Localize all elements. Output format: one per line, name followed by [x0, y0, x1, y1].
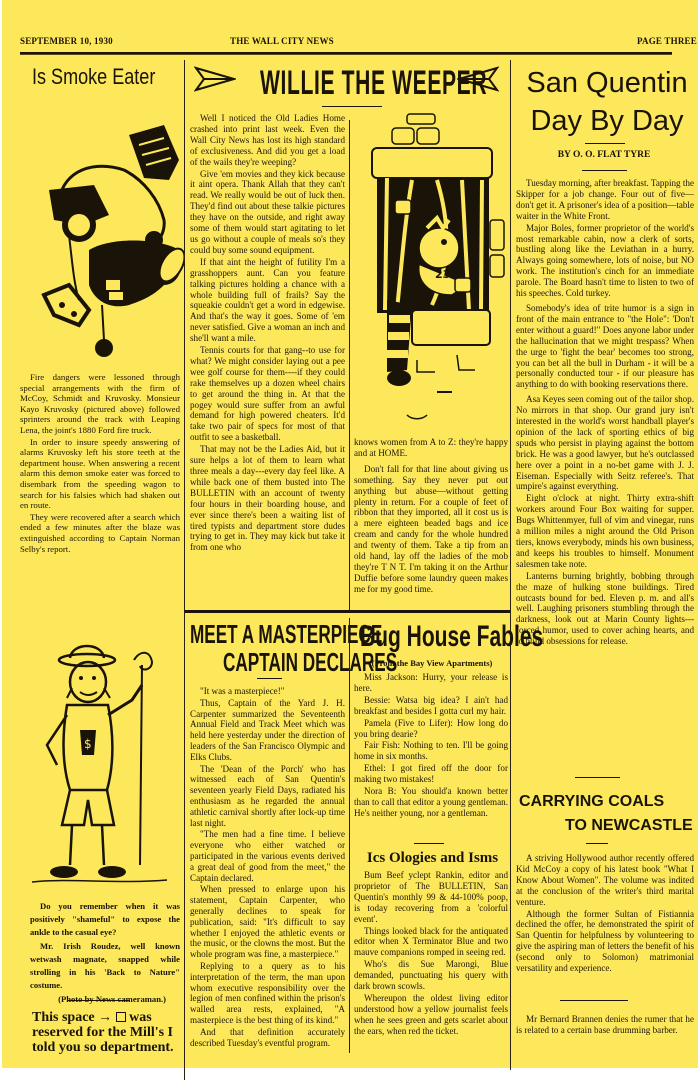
divider-rule	[575, 777, 620, 778]
article-paragraph: Whereupon the oldest living editor under…	[354, 993, 508, 1037]
masthead: SEPTEMBER 10, 1930 THE WALL CITY NEWS PA…	[20, 36, 502, 50]
willie-headline: WILLIE THE WEEPER	[260, 64, 487, 103]
brannen-item: Mr Bernard Brannen denies the rumer that…	[516, 1014, 694, 1037]
article-paragraph: Mr Bernard Brannen denies the rumer that…	[516, 1014, 694, 1036]
smoke-eater-article: Fire dangers were lessoned through speci…	[20, 372, 180, 555]
reserved-space-note: This space → was reserved for the Mill's…	[32, 1010, 182, 1055]
column-divider	[349, 618, 350, 1053]
article-paragraph: If that aint the height of futility I'm …	[190, 257, 345, 344]
bughouse-article: Miss Jackson: Hurry, your release is her…	[354, 672, 508, 820]
issue-date: SEPTEMBER 10, 1930	[20, 36, 113, 46]
article-paragraph: Replying to a query as to his interpreta…	[190, 961, 345, 1026]
byline: BY O. O. FLAT TYRE	[514, 150, 694, 160]
dialogue-line: Fair Fish: Nothing to ten. I'll be going…	[354, 740, 508, 762]
article-paragraph: Who's dis Sue Marongi, Blue demanded, pu…	[354, 959, 508, 992]
article-paragraph: "The men had a fine time. I believe ever…	[190, 829, 345, 883]
article-paragraph: Although the former Sultan of Fistiannia…	[516, 909, 694, 974]
dialogue-line: Nora B: You should'a known better than t…	[354, 786, 508, 819]
article-paragraph: Eight o'clock at night. Thirty extra-shi…	[516, 493, 694, 569]
article-paragraph: Tuesday morning, after breakfast. Tappin…	[516, 178, 694, 222]
article-paragraph: That may not be the Ladies Aid, but it s…	[190, 444, 345, 553]
column-divider	[349, 120, 350, 610]
coals-headline: CARRYING COALS TO NEWCASTLE	[519, 790, 694, 838]
divider-rule	[582, 170, 627, 171]
svg-text:$: $	[84, 737, 92, 751]
article-paragraph: The 'Dean of the Porch' who has witnesse…	[190, 764, 345, 829]
divider-rule	[585, 143, 625, 144]
column-divider	[510, 60, 511, 1070]
divider-rule	[68, 1000, 130, 1001]
masterpiece-article: "It was a masterpiece!" Thus, Captain of…	[190, 686, 345, 1049]
article-paragraph: They were recovered after a search which…	[20, 512, 180, 554]
smoke-eater-headline: Is Smoke Eater	[32, 64, 155, 90]
reserved-text-before: This space →	[32, 1010, 112, 1025]
article-paragraph: A striving Hollywood author recently off…	[516, 853, 694, 908]
dialogue-line: Bessie: Watsa big idea? I ain't had brea…	[354, 695, 508, 717]
empty-box-icon	[116, 1012, 126, 1022]
article-paragraph: Things looked black for the antiquated e…	[354, 926, 508, 959]
left-arrow-ornament-icon	[194, 66, 236, 92]
section-rule	[185, 610, 510, 613]
san-quentin-column: Tuesday morning, after breakfast. Tappin…	[516, 178, 694, 648]
svg-text:23: 23	[435, 268, 450, 281]
article-paragraph: When pressed to enlarge upon his stateme…	[190, 884, 345, 960]
paper-name: THE WALL CITY NEWS	[230, 36, 700, 46]
dialogue-line: Ethel: I got fired off the door for maki…	[354, 763, 508, 785]
headline-line-1: CARRYING COALS	[519, 793, 664, 810]
divider-rule	[560, 1000, 628, 1001]
article-paragraph: Fire dangers were lessoned through speci…	[20, 372, 180, 436]
article-paragraph: Give 'em movies and they kick because it…	[190, 169, 345, 256]
article-paragraph: And that definition accurately described…	[190, 1027, 345, 1049]
article-paragraph: "It was a masterpiece!"	[190, 686, 345, 697]
article-paragraph: knows women from A to Z: they're happy a…	[354, 437, 508, 459]
bughouse-subhead: (From the Bay View Apartments)	[357, 658, 507, 668]
prisoner-behind-bars-illustration: 23	[357, 110, 507, 430]
newspaper-page: SEPTEMBER 10, 1930 THE WALL CITY NEWS PA…	[2, 0, 698, 1068]
ics-article: Bum Beef yclept Rankin, editor and propr…	[354, 870, 508, 1038]
article-paragraph: Asa Keyes seen coming out of the tailor …	[516, 394, 694, 492]
ankle-caption: Do you remember when it was positively "…	[30, 900, 180, 1007]
right-arrow-ornament-icon	[457, 66, 499, 92]
article-paragraph: Don't fall for that line about giving us…	[354, 464, 508, 595]
caption-paragraph: Do you remember when it was positively "…	[30, 900, 180, 939]
willie-column-1: Well I noticed the Old Ladies Home crash…	[190, 113, 345, 554]
caption-paragraph: Mr. Irish Roudez, well known wetwash mag…	[30, 940, 180, 992]
dialogue-line: Miss Jackson: Hurry, your release is her…	[354, 672, 508, 694]
divider-rule	[257, 678, 282, 679]
divider-rule	[322, 106, 382, 107]
fireman-caricature-illustration	[14, 100, 184, 370]
ics-headline: Ics Ologies and Isms	[355, 850, 510, 867]
divider-rule	[414, 843, 444, 844]
willie-column-2: knows women from A to Z: they're happy a…	[354, 437, 508, 596]
column-divider	[184, 60, 185, 1080]
article-paragraph: In order to insure speedy answering of a…	[20, 437, 180, 511]
article-paragraph: Tennis courts for that gang--to use for …	[190, 345, 345, 443]
dialogue-line: Pamela (Five to Lifer): How long do you …	[354, 718, 508, 740]
article-paragraph: Lanterns burning brightly, bobbing throu…	[516, 571, 694, 647]
article-paragraph: Thus, Captain of the Yard J. H. Carpente…	[190, 698, 345, 763]
article-paragraph: Major Boles, former proprietor of the wo…	[516, 223, 694, 299]
coals-article: A striving Hollywood author recently off…	[516, 853, 694, 975]
article-paragraph: Somebody's idea of trite humor is a sign…	[516, 303, 694, 390]
article-paragraph: Well I noticed the Old Ladies Home crash…	[190, 113, 345, 168]
san-quentin-headline: San Quentin Day By Day	[517, 64, 697, 140]
masthead-rule	[20, 52, 672, 55]
divider-rule	[586, 843, 608, 844]
headline-line-2: TO NEWCASTLE	[519, 814, 694, 838]
article-paragraph: Bum Beef yclept Rankin, editor and propr…	[354, 870, 508, 925]
page-number: PAGE THREE	[637, 36, 697, 46]
man-in-costume-illustration: $	[22, 640, 177, 890]
